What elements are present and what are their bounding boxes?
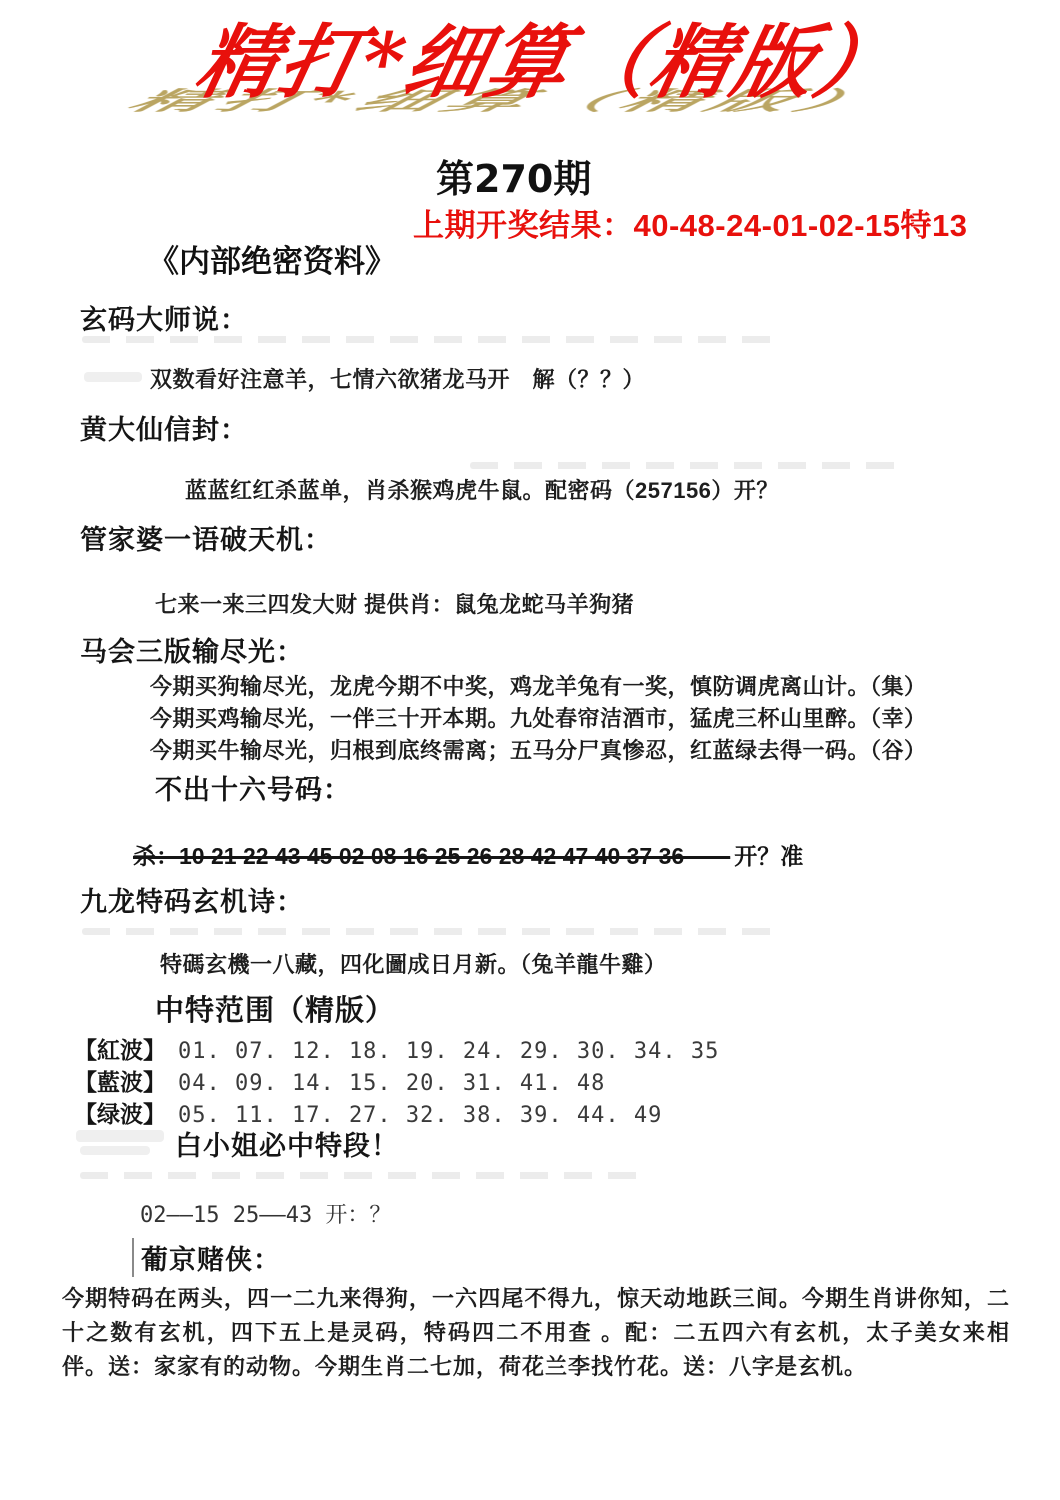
housekeeper-tip-line: 七来一来三四发大财 提供肖：鼠兔龙蛇马羊狗猪: [155, 588, 634, 619]
heading-nine-dragon-poem: 九龙特码玄机诗：: [80, 880, 304, 919]
nine-dragon-poem-line: 特碼玄機一八藏，四化圖成日月新。（兔羊龍牛雞）: [160, 948, 667, 979]
kill-numbers-line: 杀：10 21 22 43 45 02 08 16 25 26 28 42 47…: [133, 838, 803, 871]
three-plates-line-1: 今期买狗输尽光，龙虎今期不中奖，鸡龙羊兔有一奖，慎防调虎离山计。（集）: [150, 670, 927, 701]
wave-numbers-red: 01. 07. 12. 18. 19. 24. 29. 30. 34. 35: [178, 1039, 719, 1064]
kill-numbers-struck: 杀：10 21 22 43 45 02 08 16 25 26 28 42 47…: [133, 843, 730, 869]
banner-title: 精打*细算（精版）: [188, 14, 908, 110]
erased-text-smudge: [470, 462, 900, 469]
tip-sheet-page: 精打*细算（精版） 精打*细算（精版） 第270期 上期开奖结果：40-48-2…: [0, 0, 1060, 1500]
heading-three-plates: 马会三版输尽光：: [80, 630, 304, 669]
heading-range: 中特范围（精版）: [155, 988, 395, 1029]
wave-label-red: 【紅波】: [74, 1032, 166, 1065]
heading-housekeeper: 管家婆一语破天机：: [80, 518, 332, 557]
wave-row-red: 【紅波】 01. 07. 12. 18. 19. 24. 29. 30. 34.…: [74, 1032, 719, 1065]
master-tip-line: 双数看好注意羊，七情六欲猪龙马开 解（？？）: [150, 363, 645, 394]
last-draw-result: 上期开奖结果：40-48-24-01-02-15特13: [413, 200, 968, 245]
envelope-tip-line: 蓝蓝红红杀蓝单，肖杀猴鸡虎牛鼠。配密码（257156）开？: [185, 474, 779, 505]
erased-text-smudge: [82, 928, 782, 935]
wave-label-blue: 【藍波】: [74, 1064, 166, 1097]
subtitle-secret-material: 《内部绝密资料》: [148, 236, 396, 281]
erased-text-smudge: [76, 1130, 164, 1142]
erased-text-smudge: [80, 1172, 640, 1179]
three-plates-line-3: 今期买牛输尽光，归根到底终需离；五马分尸真惨忍，红蓝绿去得一码。（谷）: [150, 734, 927, 765]
wave-numbers-blue: 04. 09. 14. 15. 20. 31. 41. 48: [178, 1071, 605, 1096]
erased-text-smudge: [82, 336, 782, 343]
kill-numbers-open: 开？准: [734, 843, 803, 869]
casino-gambler-paragraph: 今期特码在两头，四一二九来得狗，一六四尾不得九，惊天动地跃三间。今期生肖讲你知，…: [62, 1282, 1010, 1384]
three-plates-line-2: 今期买鸡输尽光，一伴三十开本期。九处春帘洁酒市，猛虎三杯山里醉。（幸）: [150, 702, 927, 733]
erased-text-smudge: [84, 372, 142, 382]
wave-row-blue: 【藍波】 04. 09. 14. 15. 20. 31. 41. 48: [74, 1064, 605, 1097]
heading-master-says: 玄码大师说：: [80, 298, 248, 337]
white-lady-segment-line: 02——15 25——43 开：？: [140, 1198, 391, 1229]
heading-white-lady: 白小姐必中特段！: [175, 1124, 399, 1163]
heading-sixteen-numbers: 不出十六号码：: [155, 768, 351, 807]
erased-text-smudge: [80, 1146, 150, 1155]
wave-label-green: 【绿波】: [74, 1096, 166, 1129]
heading-casino-gambler: 葡京赌侠：: [132, 1238, 281, 1277]
issue-number: 第270期: [436, 148, 591, 203]
heading-wong-tai-sin: 黄大仙信封：: [80, 408, 248, 447]
